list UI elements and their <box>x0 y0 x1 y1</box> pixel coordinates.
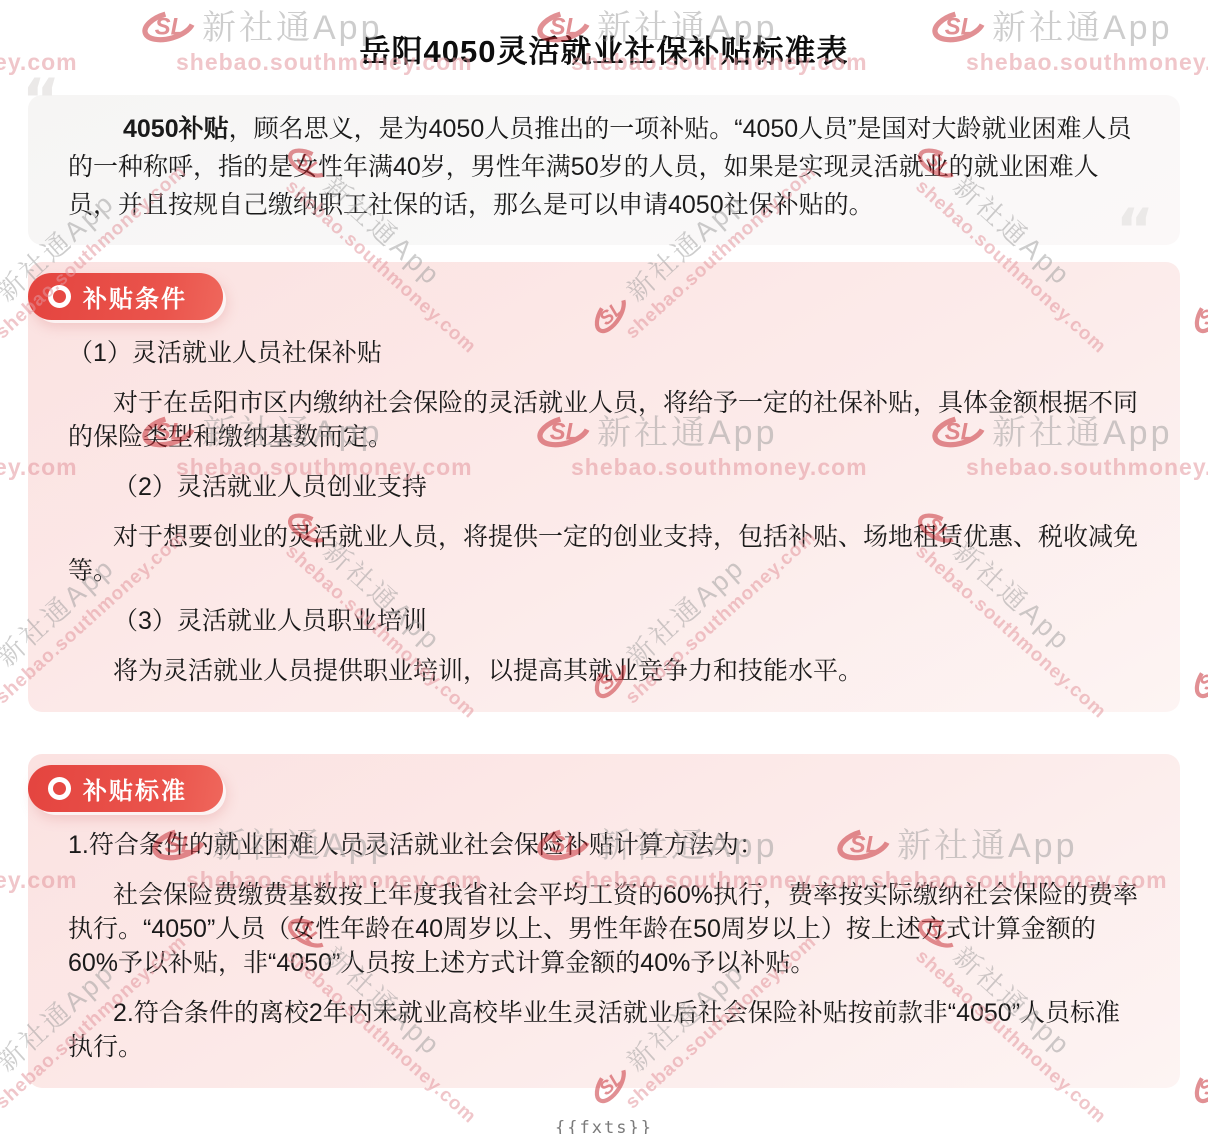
condition-paragraph: 对于想要创业的灵活就业人员，将提供一定的创业支持，包括补贴、场地租赁优惠、税收减… <box>68 520 1140 588</box>
open-quote-icon: “ <box>22 71 60 129</box>
conditions-badge: 补贴条件 <box>28 273 223 320</box>
condition-paragraph: 将为灵活就业人员提供职业培训，以提高其就业竞争力和技能水平。 <box>68 654 1140 688</box>
intro-paragraph: 4050补贴，顾名思义，是为4050人员推出的一项补贴。“4050人员”是国对大… <box>68 110 1140 224</box>
standards-badge: 补贴标准 <box>28 765 223 812</box>
article-page: 岳阳4050灵活就业社保补贴标准表 “ 4050补贴，顾名思义，是为4050人员… <box>0 26 1208 1134</box>
condition-subheading: （1）灵活就业人员社保补贴 <box>68 336 1140 370</box>
standards-section: 补贴标准 1.符合条件的就业困难人员灵活就业社会保险补贴计算方法为： 社会保险费… <box>28 754 1180 1088</box>
footer-placeholder: {{fxts}} <box>0 1118 1208 1134</box>
standards-subheading: 1.符合条件的就业困难人员灵活就业社会保险补贴计算方法为： <box>68 828 1140 862</box>
circle-ring-icon <box>48 285 71 308</box>
page-title: 岳阳4050灵活就业社保补贴标准表 <box>0 26 1208 71</box>
conditions-badge-label: 补贴条件 <box>83 279 187 314</box>
standards-paragraph: 社会保险费缴费基数按上年度我省社会平均工资的60%执行，费率按实际缴纳社会保险的… <box>68 878 1140 980</box>
condition-paragraph: 对于在岳阳市区内缴纳社会保险的灵活就业人员，将给予一定的社保补贴，具体金额根据不… <box>68 386 1140 454</box>
standards-badge-label: 补贴标准 <box>83 771 187 806</box>
circle-ring-icon <box>48 777 71 800</box>
condition-subheading: （2）灵活就业人员创业支持 <box>68 470 1140 504</box>
conditions-section: 补贴条件 （1）灵活就业人员社保补贴 对于在岳阳市区内缴纳社会保险的灵活就业人员… <box>28 262 1180 712</box>
standards-paragraph: 2.符合条件的离校2年内未就业高校毕业生灵活就业后社会保险补贴按前款非“4050… <box>68 996 1140 1064</box>
condition-subheading: （3）灵活就业人员职业培训 <box>68 604 1140 638</box>
intro-card: “ 4050补贴，顾名思义，是为4050人员推出的一项补贴。“4050人员”是国… <box>28 95 1180 245</box>
intro-lead: 4050补贴 <box>123 115 229 143</box>
